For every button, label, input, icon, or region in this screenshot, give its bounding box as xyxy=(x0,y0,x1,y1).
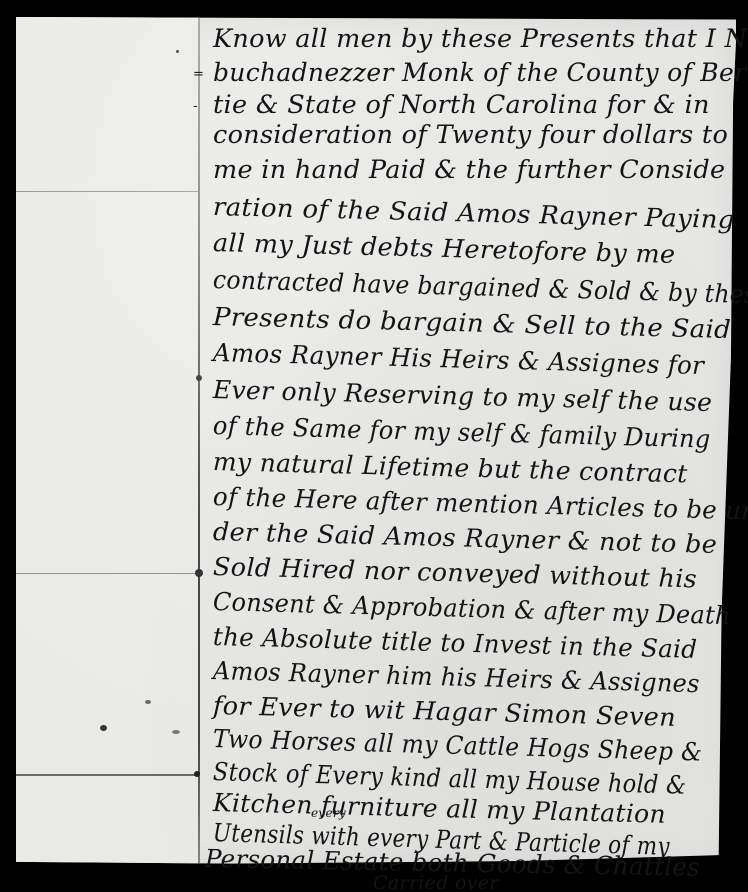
text-line: tie & State of North Carolina for & in xyxy=(213,90,710,119)
fold-crease xyxy=(16,774,200,776)
fold-intersection xyxy=(194,771,200,777)
fold-intersection xyxy=(196,375,202,381)
text-line: Know all men by these Presents that I Ne xyxy=(213,24,748,53)
ink-blot xyxy=(100,725,107,731)
ink-blot xyxy=(172,730,180,734)
blank-folded-panel xyxy=(16,17,199,867)
text-line: me in hand Paid & the further Conside xyxy=(213,155,725,184)
interlineation: every xyxy=(311,806,346,820)
margin-mark: - xyxy=(193,100,198,113)
fold-crease xyxy=(16,191,200,192)
text-line: consideration of Twenty four dollars to xyxy=(213,120,728,149)
vertical-fold-line xyxy=(198,17,200,867)
fold-intersection xyxy=(195,569,203,577)
ink-blot xyxy=(145,700,151,704)
margin-mark: = xyxy=(193,68,204,81)
ink-speck xyxy=(176,50,179,53)
carried-over-note: Carried over xyxy=(373,872,499,892)
text-line: buchadnezzer Monk of the County of Ber xyxy=(213,58,746,87)
fold-crease xyxy=(16,573,200,574)
